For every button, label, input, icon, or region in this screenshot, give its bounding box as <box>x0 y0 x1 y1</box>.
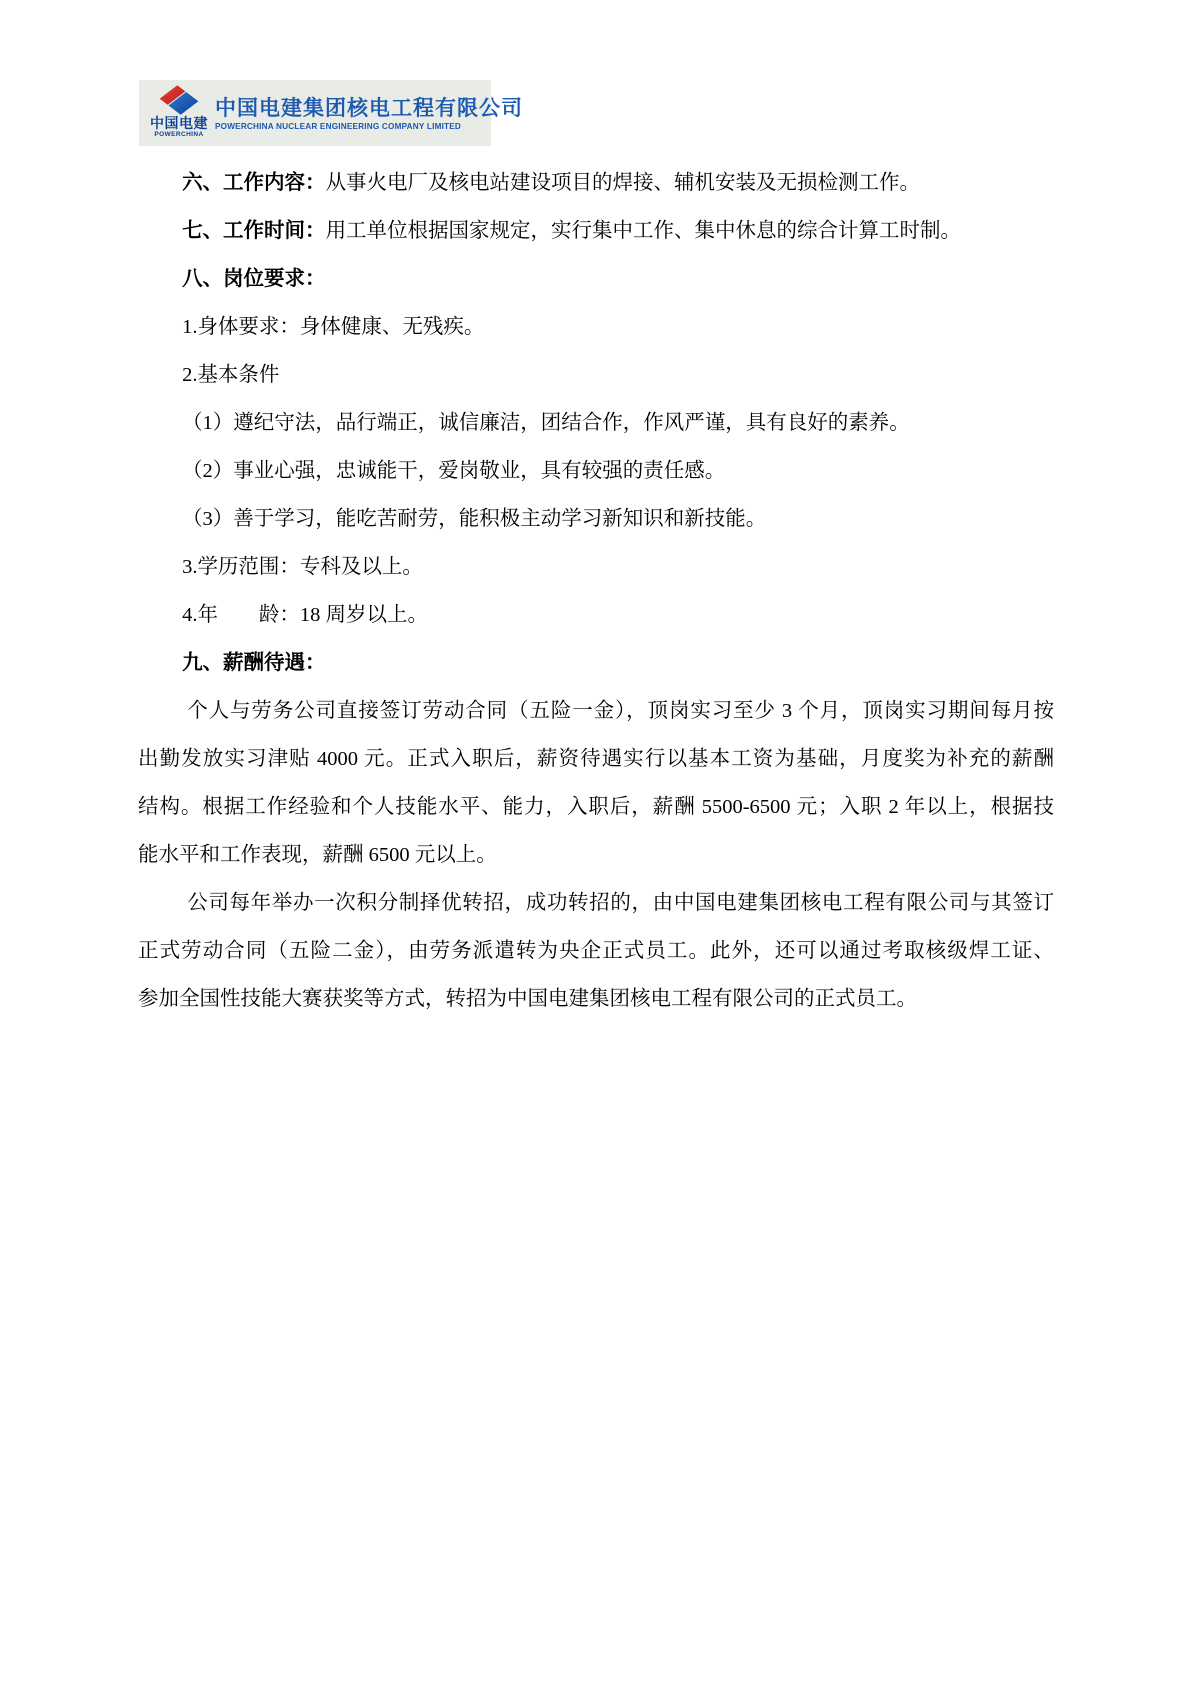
item-physical-requirement: 1.身体要求：身体健康、无残疾。 <box>138 303 1054 351</box>
para-salary-line: 出勤发放实习津贴 4000 元。正式入职后，薪资待遇实行以基本工资为基础，月度奖… <box>138 735 1054 783</box>
para-work-time: 七、工作时间：用工单位根据国家规定，实行集中工作、集中休息的综合计算工时制。 <box>138 207 1054 255</box>
company-name-en: POWERCHINA NUCLEAR ENGINEERING COMPANY L… <box>215 121 485 132</box>
para-work-content-text: 从事火电厂及核电站建设项目的焊接、辅机安装及无损检测工作。 <box>326 172 921 194</box>
heading-post-requirements: 八、岗位要求： <box>138 255 1054 303</box>
para-transfer-line: 公司每年举办一次积分制择优转招，成功转招的，由中国电建集团核电工程有限公司与其签… <box>138 879 1054 927</box>
company-name-cn: 中国电建集团核电工程有限公司 <box>215 96 485 121</box>
logo-wordmark-en: POWERCHINA <box>154 131 203 139</box>
item-condition-1: （1）遵纪守法，品行端正，诚信廉洁，团结合作，作风严谨，具有良好的素养。 <box>138 399 1054 447</box>
para-transfer-line: 参加全国性技能大赛获奖等方式，转招为中国电建集团核电工程有限公司的正式员工。 <box>138 975 1054 1023</box>
para-work-time-text: 用工单位根据国家规定，实行集中工作、集中休息的综合计算工时制。 <box>326 220 962 242</box>
item-age: 4.年 龄：18 周岁以上。 <box>138 591 1054 639</box>
logo-wordmark-cn: 中国电建 <box>150 116 208 131</box>
para-transfer-policy: 公司每年举办一次积分制择优转招，成功转招的，由中国电建集团核电工程有限公司与其签… <box>138 879 1054 1023</box>
item-condition-2: （2）事业心强，忠诚能干，爱岗敬业，具有较强的责任感。 <box>138 447 1054 495</box>
logo-text-column: 中国电建集团核电工程有限公司 POWERCHINA NUCLEAR ENGINE… <box>211 83 485 144</box>
document-page: 中国电建 POWERCHINA 中国电建集团核电工程有限公司 POWERCHIN… <box>0 0 1191 1684</box>
item-education-range: 3.学历范围：专科及以上。 <box>138 543 1054 591</box>
powerchina-diamond-icon <box>158 84 200 116</box>
para-transfer-line: 正式劳动合同（五险二金），由劳务派遣转为央企正式员工。此外，还可以通过考取核级焊… <box>138 927 1054 975</box>
para-salary-line: 能水平和工作表现，薪酬 6500 元以上。 <box>138 831 1054 879</box>
document-body: 六、工作内容：从事火电厂及核电站建设项目的焊接、辅机安装及无损检测工作。 七、工… <box>138 159 1054 1023</box>
para-salary-line: 结构。根据工作经验和个人技能水平、能力，入职后，薪酬 5500-6500 元；入… <box>138 783 1054 831</box>
company-logo-block: 中国电建 POWERCHINA 中国电建集团核电工程有限公司 POWERCHIN… <box>139 80 491 146</box>
para-salary-details: 个人与劳务公司直接签订劳动合同（五险一金），顶岗实习至少 3 个月，顶岗实习期间… <box>138 687 1054 879</box>
heading-salary: 九、薪酬待遇： <box>138 639 1054 687</box>
para-work-content-label: 六、工作内容： <box>182 172 326 194</box>
item-condition-3: （3）善于学习，能吃苦耐劳，能积极主动学习新知识和新技能。 <box>138 495 1054 543</box>
para-work-time-label: 七、工作时间： <box>182 220 326 242</box>
logo-mark-column: 中国电建 POWERCHINA <box>147 83 211 144</box>
para-work-content: 六、工作内容：从事火电厂及核电站建设项目的焊接、辅机安装及无损检测工作。 <box>138 159 1054 207</box>
para-salary-line: 个人与劳务公司直接签订劳动合同（五险一金），顶岗实习至少 3 个月，顶岗实习期间… <box>138 687 1054 735</box>
item-basic-conditions: 2.基本条件 <box>138 351 1054 399</box>
